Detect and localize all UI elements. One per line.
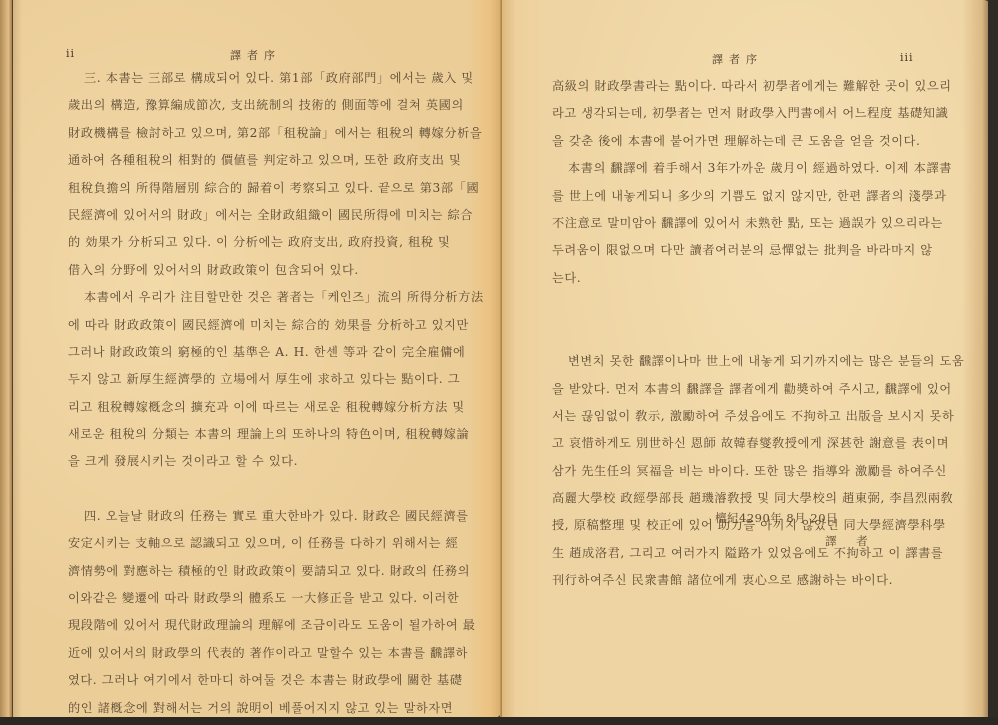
text-line: 을 받았다. 먼저 本書의 飜譯을 譯者에게 勸奬하여 주시고, 飜譯에 있어 (552, 376, 964, 403)
text-line: 本書의 飜譯에 着手해서 3年가까운 歲月이 經過하였다. 이제 本譯書 (552, 155, 964, 182)
text-line: 現段階에 있어서 現代財政理論의 理解에 조금이라도 도움이 될가하여 最 (68, 612, 484, 639)
text-line: 그러나 財政政策의 窮極的인 基準은 A. H. 한센 等과 같이 完全雇傭에 (68, 339, 484, 366)
text-line: 변변치 못한 飜譯이나마 世上에 내놓게 되기까지에는 많은 분들의 도움 (552, 348, 964, 375)
text-line: 民經濟에 있어서의 財政」에서는 全財政組織이 國民所得에 미치는 綜合 (68, 202, 484, 229)
text-line: 을 갖춘 後에 本書에 붙어가면 理解하는데 큰 도움을 얻을 것이다. (552, 128, 964, 155)
text-line: 本書에서 우리가 注目할만한 것은 著者는「케인즈」流의 所得分析方法 (68, 284, 484, 311)
text-line: 를 世上에 내놓게되니 多少의 기쁨도 없지 않지만, 한편 譯者의 淺學과 (552, 183, 964, 210)
text-line: 서는 끊임없이 敎示, 激勵하여 주셨음에도 不拘하고 出版을 보시지 못하 (552, 403, 964, 430)
text-line: 라고 생각되는데, 初學者는 먼저 財政學入門書에서 어느程度 基礎知識 (552, 100, 964, 127)
text-line: 借入의 分野에 있어서의 財政政策이 包含되어 있다. (68, 257, 484, 284)
text-line: 새로운 租稅의 分類는 本書의 理論上의 또하나의 特色이며, 租稅轉嫁論 (68, 421, 484, 448)
running-head-left: 譯者序 (230, 47, 281, 63)
background-right-edge (988, 0, 998, 725)
text-line: 不注意로 말미암아 飜譯에 있어서 未熟한 點, 또는 過誤가 있으리라는 (552, 210, 964, 237)
text-line: 을 크게 發展시키는 것이라고 할 수 있다. (68, 448, 484, 475)
text-line: 두려움이 限없으며 다만 讀者여러분의 忌憚없는 批判을 바라마지 않 (552, 237, 964, 264)
text-line: 고 哀惜하게도 別世하신 恩師 故韓春燮敎授에게 深甚한 謝意를 表이며 (552, 430, 964, 457)
text-line: 高級의 財政學書라는 點이다. 따라서 初學者에게는 難解한 곳이 있으리 (552, 73, 964, 100)
left-page-body: 三. 本書는 三部로 構成되어 있다. 第1部「政府部門」에서는 歲入 및 歲出… (68, 65, 484, 722)
left-page: ii 譯者序 三. 本書는 三部로 構成되어 있다. 第1部「政府部門」에서는 … (12, 0, 502, 718)
running-head-right: 譯者序 (712, 51, 763, 67)
text-line: 高麗大學校 政經學部長 趙璣濬敎授 및 同大學校의 趙東弼, 李昌烈兩敎 (552, 485, 964, 512)
text-line: 四. 오늘날 財政의 任務는 實로 重大한바가 있다. 財政은 國民經濟를 (68, 503, 484, 530)
text-line: 通하여 各種租稅의 相對的 價値를 判定하고 있으며, 또한 政府支出 및 (68, 147, 484, 174)
text-line: 歲出의 構造, 豫算編成節次, 支出統制의 技術的 側面等에 걸쳐 英國의 (68, 92, 484, 119)
page-number-right: iii (900, 51, 914, 64)
text-line: 리고 租稅轉嫁槪念의 擴充과 이에 따르는 새로운 租稅轉嫁分析方法 및 (68, 394, 484, 421)
text-line: 刊行하여주신 民衆書館 諸位에게 衷心으로 感謝하는 바이다. (552, 567, 964, 594)
text-line: 이와같은 變遷에 따라 財政學의 體系도 一大修正을 받고 있다. 이러한 (68, 585, 484, 612)
page-number-left: ii (66, 47, 75, 60)
text-line: 安定시키는 支軸으로 認識되고 있으며, 이 任務를 다하기 위해서는 經 (68, 530, 484, 557)
background-bottom-edge (0, 717, 998, 725)
text-line: 에 따라 財政政策이 國民經濟에 미치는 綜合的 効果를 分析하고 있지만 (68, 312, 484, 339)
text-line: 的 効果가 分析되고 있다. 이 分析에는 政府支出, 政府投資, 租稅 및 (68, 229, 484, 256)
text-line: 는다. (552, 265, 964, 292)
text-line: 財政機構를 檢討하고 있으며, 第2部「租稅論」에서는 租稅의 轉嫁分析을 (68, 120, 484, 147)
text-line: 두지 않고 新厚生經濟學的 立場에서 厚生에 求하고 있다는 點이다. 그 (68, 366, 484, 393)
text-line: 近에 있어서의 財政學의 代表的 著作이라고 말할수 있는 本書를 飜譯하 (68, 640, 484, 667)
text-line: 濟情勢에 對應하는 積極的인 財政政策이 要請되고 있다. 財政의 任務의 (68, 558, 484, 585)
text-line: 였다. 그러나 여기에서 한마디 하여둘 것은 本書는 財政學에 關한 基礎 (68, 667, 484, 694)
preface-date: 檀紀4290年 8月 20日 (715, 510, 838, 526)
text-line: 租稅負擔의 所得階層別 綜合的 歸着이 考察되고 있다. 끝으로 第3部「國 (68, 175, 484, 202)
translator-signature: 譯 者 (825, 533, 876, 549)
open-book: ii 譯者序 三. 本書는 三部로 構成되어 있다. 第1部「政府部門」에서는 … (0, 0, 998, 725)
text-line: 三. 本書는 三部로 構成되어 있다. 第1部「政府部門」에서는 歲入 및 (68, 65, 484, 92)
right-page: 譯者序 iii 高級의 財政學書라는 點이다. 따라서 初學者에게는 難解한 곳… (502, 0, 990, 722)
text-line: 삼가 先生任의 冥福을 비는 바이다. 또한 많은 指導와 激勵를 하여주신 (552, 458, 964, 485)
text-line: 生 趙成洛君, 그리고 여러가지 隘路가 있었음에도 不拘하고 이 譯書를 (552, 540, 964, 567)
